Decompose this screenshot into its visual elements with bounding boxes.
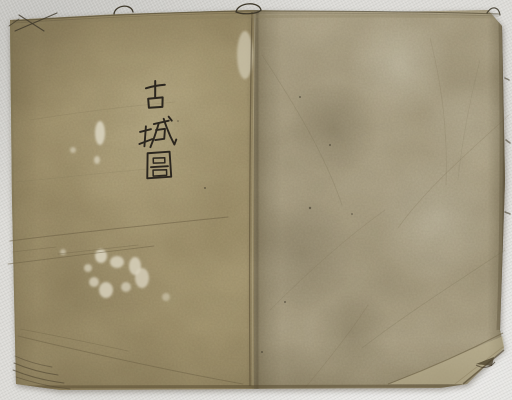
paper-texture — [8, 10, 505, 390]
photo-of-antique-book: 古城圖 — [0, 0, 512, 400]
photo-detail-overlay — [0, 0, 512, 400]
cover-title: 古城圖 — [141, 76, 176, 196]
